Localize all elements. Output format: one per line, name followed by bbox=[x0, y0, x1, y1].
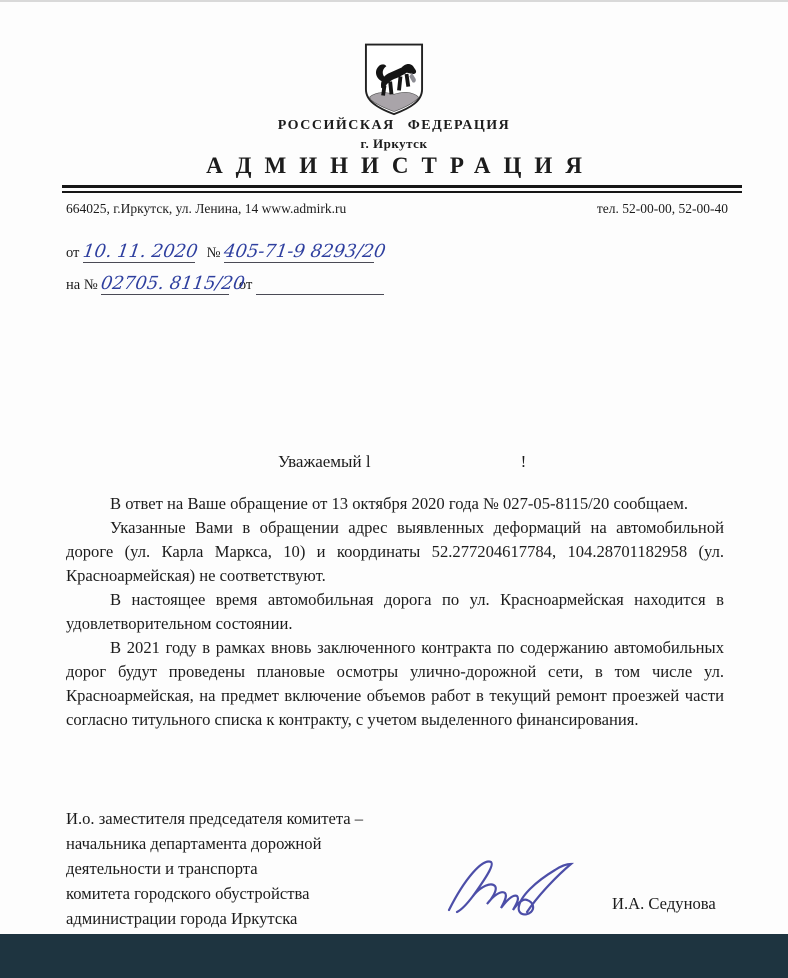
outgoing-date-field: 10. 11. 2020 bbox=[83, 243, 195, 263]
position-line: начальника департамента дорожной bbox=[66, 831, 363, 856]
position-line: администрации города Иркутска bbox=[66, 906, 363, 931]
handwritten-signature-icon bbox=[443, 848, 583, 920]
postal-address: 664025, г.Иркутск, ул. Ленина, 14 www.ad… bbox=[66, 201, 346, 217]
outgoing-number-field: 405-71-9 8293/20 bbox=[224, 243, 374, 263]
official-letter-document: РОССИЙСКАЯ ФЕДЕРАЦИЯ г. Иркутск АДМИНИСТ… bbox=[0, 0, 788, 978]
salutation-greeting: Уважаемый l bbox=[278, 452, 371, 471]
paragraph: В настоящее время автомобильная дорога п… bbox=[66, 588, 724, 636]
reply-label: на № bbox=[66, 277, 98, 293]
signer-name: И.А. Седунова bbox=[612, 894, 716, 914]
handwritten-number: 405-71-9 8293/20 bbox=[223, 243, 387, 261]
salutation-line: Уважаемый l! bbox=[278, 452, 526, 472]
irkutsk-coat-of-arms-icon bbox=[362, 42, 426, 116]
contact-row: 664025, г.Иркутск, ул. Ленина, 14 www.ad… bbox=[66, 201, 728, 217]
incoming-date-blank-field bbox=[256, 277, 384, 295]
header-divider-rule bbox=[62, 185, 742, 193]
incoming-number-field: 02705. 8115/20 bbox=[101, 275, 229, 295]
salutation-exclamation: ! bbox=[521, 452, 527, 471]
position-line: деятельности и транспорта bbox=[66, 856, 363, 881]
outgoing-ref-row: от 10. 11. 2020 № 405-71-9 8293/20 bbox=[66, 243, 384, 263]
phone-numbers: тел. 52-00-00, 52-00-40 bbox=[597, 201, 728, 217]
position-line: И.о. заместителя председателя комитета – bbox=[66, 806, 363, 831]
handwritten-incoming-number: 02705. 8115/20 bbox=[100, 275, 246, 293]
signer-position-block: И.о. заместителя председателя комитета –… bbox=[66, 806, 363, 931]
top-border-line bbox=[0, 0, 788, 2]
paragraph: В ответ на Ваше обращение от 13 октября … bbox=[66, 492, 724, 516]
paragraph: Указанные Вами в обращении адрес выявлен… bbox=[66, 516, 724, 588]
number-label: № bbox=[207, 245, 221, 261]
reference-block: от 10. 11. 2020 № 405-71-9 8293/20 на № … bbox=[66, 243, 384, 307]
letter-body: В ответ на Ваше обращение от 13 октября … bbox=[66, 492, 724, 732]
handwritten-date: 10. 11. 2020 bbox=[82, 243, 199, 261]
position-line: комитета городского обустройства bbox=[66, 881, 363, 906]
paragraph: В 2021 году в рамках вновь заключенного … bbox=[66, 636, 724, 732]
city-line: г. Иркутск bbox=[0, 136, 788, 152]
incoming-ref-row: на № 02705. 8115/20 от bbox=[66, 275, 384, 295]
organization-title: АДМИНИСТРАЦИЯ bbox=[0, 153, 788, 179]
bottom-dark-band bbox=[0, 934, 788, 978]
country-line: РОССИЙСКАЯ ФЕДЕРАЦИЯ bbox=[0, 118, 788, 134]
from-label: от bbox=[66, 245, 79, 261]
